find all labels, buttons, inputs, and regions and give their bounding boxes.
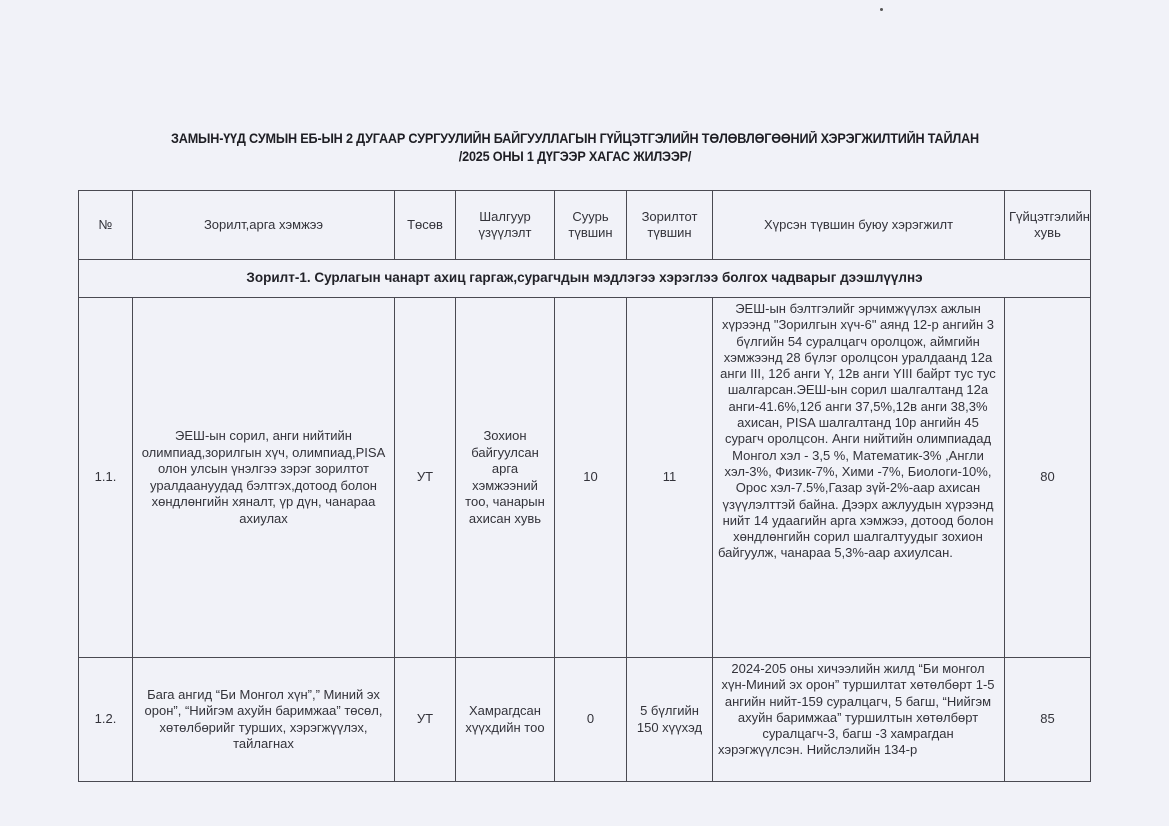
row-achieved: ЭЕШ-ын бэлтгэлийг эрчимжүүлэх ажлын хүрэ… (713, 298, 1005, 658)
row-no: 1.2. (79, 658, 133, 782)
header-target: Зорилтот түвшин (627, 191, 713, 260)
header-baseline: Суурь түвшин (555, 191, 627, 260)
header-goal-action: Зорилт,арга хэмжээ (133, 191, 395, 260)
title-line-2: /2025 ОНЫ 1 ДҮГЭЭР ХАГАС ЖИЛЭЭР/ (40, 148, 1110, 166)
report-table: № Зорилт,арга хэмжээ Төсөв Шалгуур үзүүл… (78, 190, 1091, 782)
row-performance: 80 (1005, 298, 1091, 658)
row-no: 1.1. (79, 298, 133, 658)
header-no: № (79, 191, 133, 260)
row-performance: 85 (1005, 658, 1091, 782)
row-action: ЭЕШ-ын сорил, анги нийтийн олимпиад,зори… (133, 298, 395, 658)
document-title: ЗАМЫН-ҮҮД СУМЫН ЕБ-ЫН 2 ДУГААР СУРГУУЛИЙ… (40, 130, 1110, 166)
row-target: 11 (627, 298, 713, 658)
table-row: 1.2. Бага ангид “Би Монгол хүн”,” Миний … (79, 658, 1091, 782)
row-criteria: Зохион байгуулсан арга хэмжээний тоо, ча… (456, 298, 555, 658)
goal-1-heading: Зорилт-1. Сурлагын чанарт ахиц гаргаж,су… (79, 260, 1091, 298)
header-performance: Гүйцэтгэлийн хувь (1005, 191, 1091, 260)
table-header-row: № Зорилт,арга хэмжээ Төсөв Шалгуур үзүүл… (79, 191, 1091, 260)
row-baseline: 10 (555, 298, 627, 658)
row-target: 5 бүлгийн 150 хүүхэд (627, 658, 713, 782)
row-achieved: 2024-205 оны хичээлийн жилд “Би монгол х… (718, 661, 998, 778)
scan-speck (880, 8, 883, 11)
row-budget: УТ (395, 298, 456, 658)
row-criteria: Хамрагдсан хүүхдийн тоо (456, 658, 555, 782)
title-line-1: ЗАМЫН-ҮҮД СУМЫН ЕБ-ЫН 2 ДУГААР СУРГУУЛИЙ… (40, 130, 1110, 148)
goal-section-row: Зорилт-1. Сурлагын чанарт ахиц гаргаж,су… (79, 260, 1091, 298)
row-action: Бага ангид “Би Монгол хүн”,” Миний эх ор… (133, 658, 395, 782)
header-budget: Төсөв (395, 191, 456, 260)
row-baseline: 0 (555, 658, 627, 782)
header-achieved: Хүрсэн түвшин буюу хэрэгжилт (713, 191, 1005, 260)
row-budget: УТ (395, 658, 456, 782)
row-achieved-cell: 2024-205 оны хичээлийн жилд “Би монгол х… (713, 658, 1005, 782)
header-criteria: Шалгуур үзүүлэлт (456, 191, 555, 260)
table-row: 1.1. ЭЕШ-ын сорил, анги нийтийн олимпиад… (79, 298, 1091, 658)
